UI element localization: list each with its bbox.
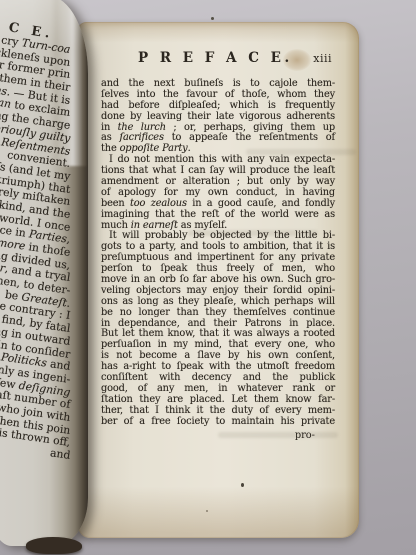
right-page-body: and the next buſineſs is to cajole them-… [101, 79, 335, 428]
book-photo: P R E F A C E. xiii and the next buſineſ… [0, 0, 416, 555]
page-number: xiii [313, 52, 332, 65]
right-page: P R E F A C E. xiii and the next buſineſ… [78, 22, 359, 538]
left-page-body: em to cry Turn-coaown fickleneſs uponby … [0, 44, 70, 463]
right-page-text-block: P R E F A C E. xiii and the next buſineſ… [101, 50, 335, 441]
dust-speck [211, 17, 214, 20]
running-header: P R E F A C E. xiii [101, 50, 335, 70]
ink-speck [206, 510, 208, 512]
catchword: pro- [101, 430, 335, 441]
book-cover-edge [26, 537, 82, 554]
text-line: ber of a free ſociety to maintain his pr… [101, 417, 335, 428]
left-page: A C E. em to cry Turn-coaown fickleneſs … [0, 0, 88, 546]
text-line: ther, that I think it the duty of every … [101, 406, 335, 417]
text-line: be no longer than they themſelves contin… [101, 308, 335, 319]
ink-speck [241, 483, 244, 487]
preface-title: P R E F A C E. [138, 50, 293, 66]
